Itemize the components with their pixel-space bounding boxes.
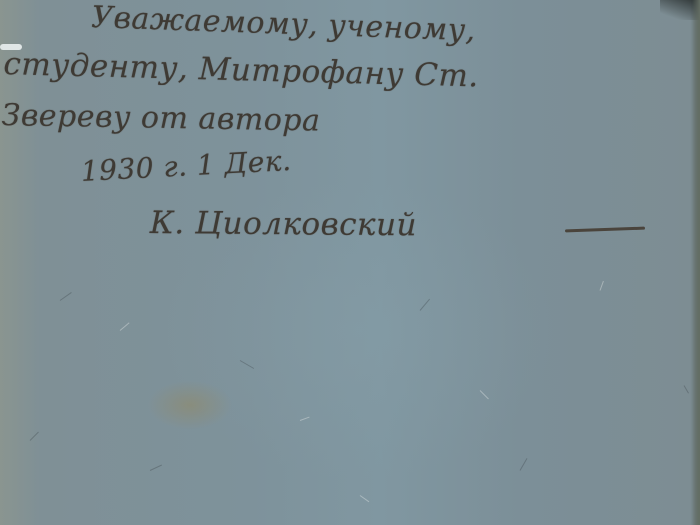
paper-fiber (360, 495, 370, 502)
paper-fiber (420, 299, 430, 311)
paper-fiber (60, 292, 72, 301)
signature: К. Циолковский (150, 205, 417, 243)
inscription-date: 1930 г. 1 Дек. (80, 144, 292, 188)
signature-flourish (565, 227, 645, 233)
paper-fiber (300, 417, 310, 421)
paper-edge (692, 0, 700, 525)
paper-fiber (480, 390, 489, 399)
paper-fiber (600, 281, 604, 291)
inscription-line-3: Звереву от автора (1, 98, 320, 139)
paper-fiber (30, 432, 39, 441)
paper-fiber (120, 322, 130, 330)
inscription-line-1: Уважаемому, ученому, (91, 0, 477, 48)
paper-fiber (240, 360, 254, 369)
paper-fiber (150, 465, 162, 471)
paper-fiber (684, 385, 689, 393)
paper-sheet: Уважаемому, ученому, студенту, Митрофану… (0, 0, 700, 525)
inscription-line-2: студенту, Митрофану Ст. (3, 46, 479, 94)
paper-fiber (520, 458, 528, 471)
